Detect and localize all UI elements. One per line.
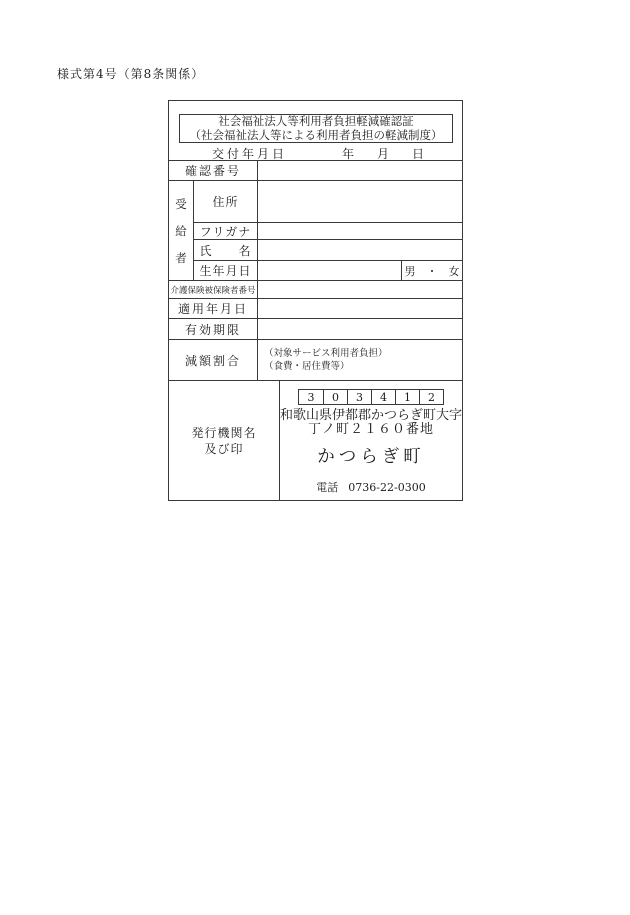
title-section: 社会福祉法人等利用者負担軽減確認証 （社会福祉法人等による利用者負担の軽減制度）… (169, 101, 462, 160)
recipient-char-1: 受 (175, 196, 187, 212)
reduction-note-2: （食費・居住費等） (264, 360, 462, 373)
furigana-label: フリガナ (194, 223, 258, 239)
year-label: 年 (342, 145, 354, 162)
confirmation-number-label: 確認番号 (169, 161, 258, 180)
recipient-char-3: 者 (175, 250, 187, 266)
furigana-value (258, 223, 462, 239)
valid-period-value (258, 319, 462, 339)
issuer-label-line2: 及び印 (204, 441, 243, 457)
day-label: 日 (412, 145, 424, 162)
valid-period-row: 有効期限 (169, 318, 462, 339)
insurance-number-value (258, 281, 462, 298)
issue-date-label: 交付年月日 (212, 145, 287, 162)
issue-date-row: 交付年月日 年 月 日 (169, 145, 462, 160)
postal-code-box: 3 0 3 4 1 2 (298, 389, 444, 405)
form-number-label: 様式第4号（第8条関係） (57, 65, 204, 82)
birthdate-label: 生年月日 (194, 261, 258, 280)
postal-digit: 4 (371, 390, 395, 404)
phone-label: 電話 (316, 481, 338, 494)
recipient-vertical-label: 受 給 者 (169, 181, 194, 280)
insurance-number-row: 介護保険被保険者番号 (169, 280, 462, 298)
address-value (258, 181, 462, 222)
issuer-label: 発行機関名 及び印 (169, 381, 280, 500)
address-label: 住所 (194, 181, 258, 222)
postal-digit: 3 (347, 390, 371, 404)
certificate-subtitle: （社会福祉法人等による利用者負担の軽減制度） (180, 129, 452, 143)
furigana-row: フリガナ (194, 222, 462, 239)
certificate-title: 社会福祉法人等利用者負担軽減確認証 (180, 115, 452, 129)
reduction-rate-row: 減額割合 （対象サービス利用者負担） （食費・居住費等） (169, 339, 462, 380)
recipient-fields: 住所 フリガナ 氏 名 生年月日 男 ・ 女 (194, 181, 462, 280)
postal-digit: 0 (323, 390, 347, 404)
name-label: 氏 名 (194, 240, 258, 260)
issuer-address-line1: 和歌山県伊都郡かつらぎ町大字 (280, 409, 462, 423)
reduction-rate-notes: （対象サービス利用者負担） （食費・居住費等） (258, 340, 462, 380)
birthdate-row: 生年月日 男 ・ 女 (194, 260, 462, 280)
reduction-note-1: （対象サービス利用者負担） (264, 347, 462, 360)
issuer-phone: 電話0736-22-0300 (316, 479, 425, 495)
month-label: 月 (377, 145, 389, 162)
postal-digit: 1 (395, 390, 419, 404)
valid-period-label: 有効期限 (169, 319, 258, 339)
name-row: 氏 名 (194, 239, 462, 260)
application-date-row: 適用年月日 (169, 298, 462, 318)
recipient-char-2: 給 (175, 223, 187, 239)
gender-cell: 男 ・ 女 (401, 261, 462, 280)
certificate-title-box: 社会福祉法人等利用者負担軽減確認証 （社会福祉法人等による利用者負担の軽減制度） (179, 114, 453, 143)
issuer-address-line2: 丁ノ町２１６０番地 (308, 423, 434, 437)
reduction-rate-label: 減額割合 (169, 340, 258, 380)
confirmation-number-row: 確認番号 (169, 160, 462, 180)
application-date-label: 適用年月日 (169, 299, 258, 318)
issuer-info: 3 0 3 4 1 2 和歌山県伊都郡かつらぎ町大字 丁ノ町２１６０番地 かつら… (280, 381, 462, 500)
application-date-value (258, 299, 462, 318)
phone-number: 0736-22-0300 (348, 481, 425, 494)
birthdate-value (258, 261, 401, 280)
issuer-name: かつらぎ町 (317, 443, 425, 468)
postal-digit: 2 (419, 390, 443, 404)
recipient-section: 受 給 者 住所 フリガナ 氏 名 生年月日 男 ・ 女 (169, 180, 462, 280)
confirmation-number-value (258, 161, 462, 180)
issuer-row: 発行機関名 及び印 3 0 3 4 1 2 和歌山県伊都郡かつらぎ町大字 丁ノ町… (169, 380, 462, 500)
issuer-label-line1: 発行機関名 (191, 425, 256, 441)
name-value (258, 240, 462, 260)
address-row: 住所 (194, 181, 462, 222)
certificate-table: 社会福祉法人等利用者負担軽減確認証 （社会福祉法人等による利用者負担の軽減制度）… (168, 100, 463, 501)
postal-digit: 3 (299, 390, 323, 404)
insurance-number-label: 介護保険被保険者番号 (169, 281, 258, 298)
